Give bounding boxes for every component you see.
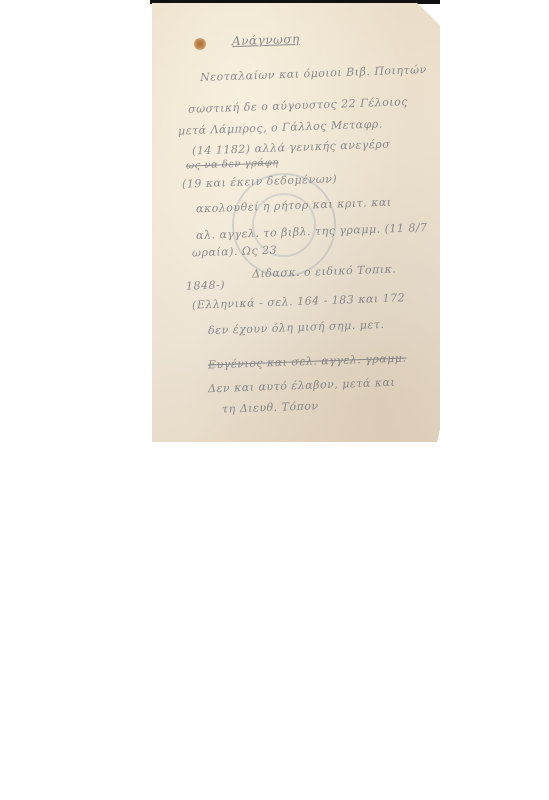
rust-stain: [194, 38, 206, 50]
heading: Ανάγνωση: [232, 32, 300, 48]
line-15: Δεν και αυτό έλαβον, μετά και: [208, 376, 396, 396]
line-2: σωστική δε ο αύγουστος 22 Γέλοιος: [188, 95, 408, 116]
line-16: τη Διευθ. Τόπον: [222, 399, 319, 415]
line-14: Ευγένιος και σελ. αγγελ. γραμμ.: [208, 352, 407, 372]
line-3: μετά Λάμπρος, ο Γάλλος Μεταφρ.: [178, 117, 383, 137]
line-1: Νεοταλαίων και όμοιοι Βιβ. Ποιητών: [200, 63, 427, 84]
line-12: (Ελληνικά - σελ. 164 - 183 και 172: [192, 291, 406, 311]
line-11: 1848-): [186, 278, 225, 292]
manuscript-page: Ανάγνωση Νεοταλαίων και όμοιοι Βιβ. Ποιη…: [152, 3, 440, 442]
line-4: (14 1182) αλλά γενικής ανεγέρσ: [192, 138, 391, 158]
line-5: ως να δεν γράφη: [186, 157, 279, 171]
line-13: δεν έχουν όλη μισή σημ. μετ.: [208, 318, 385, 337]
